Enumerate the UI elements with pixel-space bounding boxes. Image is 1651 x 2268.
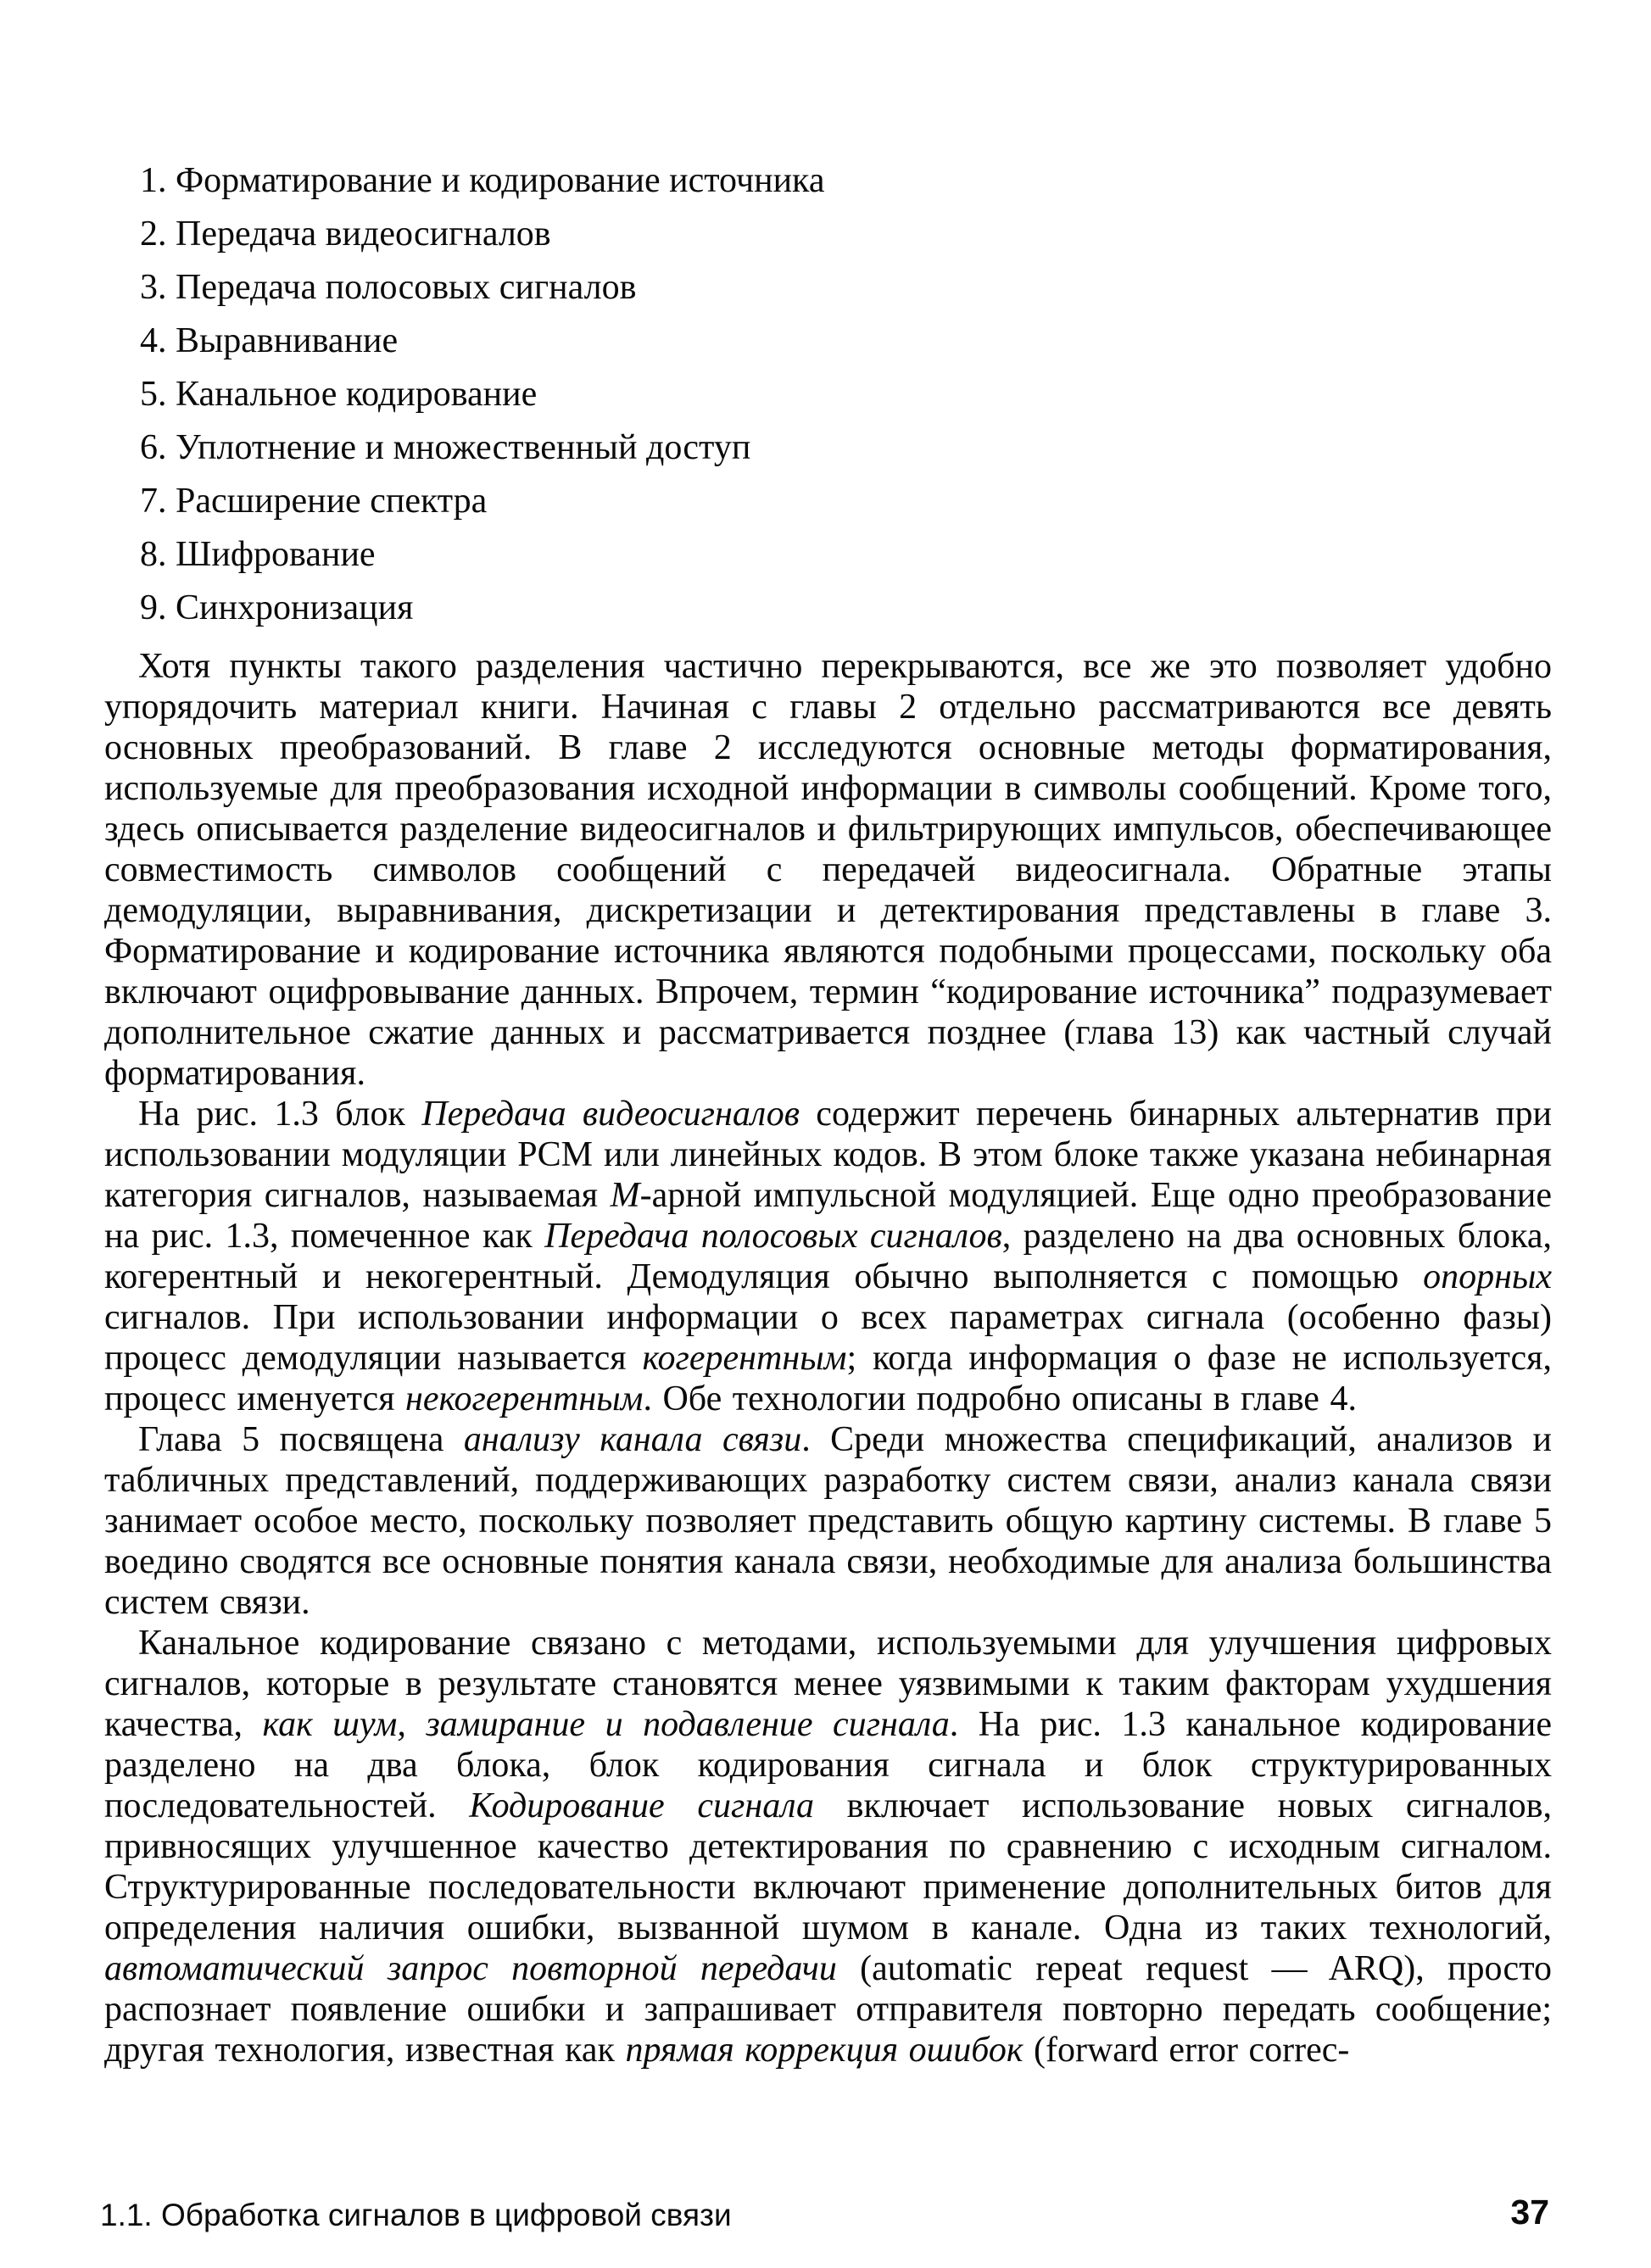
- text-run: На рис. 1.3 блок: [138, 1095, 421, 1134]
- list-item: 7. Расширение спектра: [140, 475, 1412, 528]
- italic-text-run: М: [611, 1176, 640, 1215]
- italic-text-run: прямая коррекция ошибок: [625, 2031, 1023, 2070]
- paragraph: Хотя пункты такого разделения частично п…: [104, 646, 1552, 1094]
- paragraph: Канальное кодирование связано с методами…: [104, 1623, 1552, 2070]
- text-run: (forward error correc-: [1024, 2031, 1350, 2070]
- list-item: 3. Передача полосовых сигналов: [140, 261, 1412, 315]
- text-run: Хотя пункты такого разделения частично п…: [104, 647, 1552, 1093]
- list-item: 8. Шифрование: [140, 528, 1412, 582]
- list-item: 4. Выравнивание: [140, 315, 1412, 368]
- text-run: . Обе технологии подробно описаны в глав…: [643, 1379, 1356, 1418]
- italic-text-run: Передача видеосигналов: [421, 1095, 800, 1134]
- italic-text-run: как шум, замирание и подавление сигнала: [262, 1705, 949, 1744]
- italic-text-run: автоматический запрос повторной передачи: [104, 1949, 837, 1988]
- transform-list: 1. Форматирование и кодирование источник…: [140, 154, 1412, 635]
- list-item: 6. Уплотнение и множественный доступ: [140, 421, 1412, 475]
- italic-text-run: некогерентным: [405, 1379, 643, 1418]
- list-item: 9. Синхронизация: [140, 582, 1412, 635]
- paragraph: Глава 5 посвящена анализу канала связи. …: [104, 1419, 1552, 1623]
- text-run: Глава 5 посвящена: [138, 1420, 464, 1459]
- book-page: 1. Форматирование и кодирование источник…: [0, 0, 1651, 2268]
- italic-text-run: Кодирование сигнала: [469, 1786, 814, 1825]
- italic-text-run: анализу канала связи: [464, 1420, 801, 1459]
- body-paragraphs: Хотя пункты такого разделения частично п…: [104, 646, 1552, 2070]
- italic-text-run: опорных: [1423, 1257, 1552, 1296]
- list-item: 1. Форматирование и кодирование источник…: [140, 154, 1412, 208]
- paragraph: На рис. 1.3 блок Передача видеосигналов …: [104, 1094, 1552, 1419]
- italic-text-run: когерентным: [642, 1339, 846, 1378]
- page-number: 37: [1510, 2193, 1549, 2232]
- list-item: 2. Передача видеосигналов: [140, 208, 1412, 261]
- italic-text-run: Передача полосовых сигналов: [544, 1217, 1002, 1256]
- list-item: 5. Канальное кодирование: [140, 368, 1412, 421]
- footer-section-title: 1.1. Обработка сигналов в цифровой связи: [100, 2198, 732, 2233]
